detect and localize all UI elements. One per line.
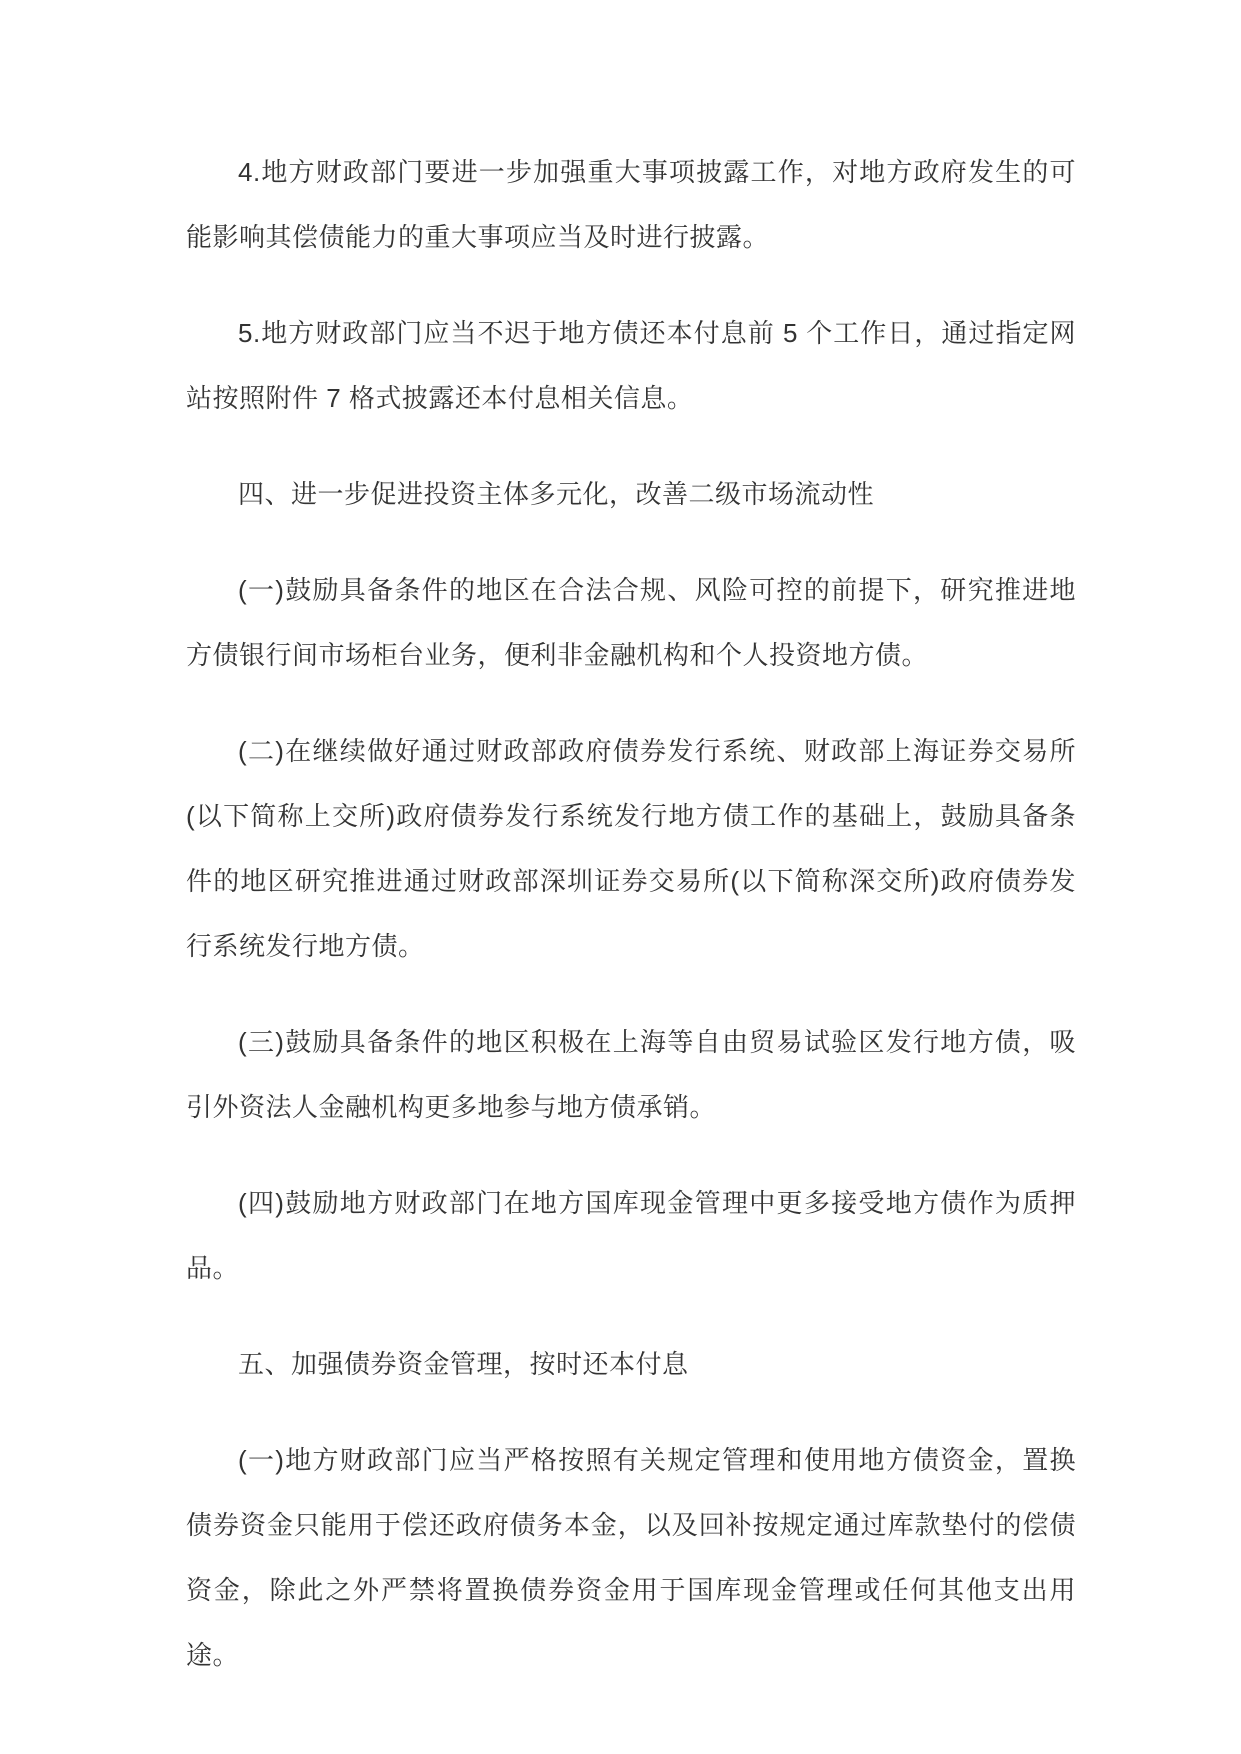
- paragraph-sub-3: (三)鼓励具备条件的地区积极在上海等自由贸易试验区发行地方债，吸引外资法人金融机…: [186, 1010, 1076, 1140]
- document-body: 4.地方财政部门要进一步加强重大事项披露工作，对地方政府发生的可能影响其偿债能力…: [186, 140, 1076, 1688]
- document-page: 4.地方财政部门要进一步加强重大事项披露工作，对地方政府发生的可能影响其偿债能力…: [0, 0, 1241, 1754]
- paragraph-sub-4: (四)鼓励地方财政部门在地方国库现金管理中更多接受地方债作为质押品。: [186, 1171, 1076, 1301]
- paragraph-sub-1: (一)鼓励具备条件的地区在合法合规、风险可控的前提下，研究推进地方债银行间市场柜…: [186, 558, 1076, 688]
- paragraph-sub-2: (二)在继续做好通过财政部政府债券发行系统、财政部上海证券交易所(以下简称上交所…: [186, 719, 1076, 979]
- paragraph-item-5: 5.地方财政部门应当不迟于地方债还本付息前 5 个工作日，通过指定网站按照附件 …: [186, 301, 1076, 431]
- paragraph-item-4: 4.地方财政部门要进一步加强重大事项披露工作，对地方政府发生的可能影响其偿债能力…: [186, 140, 1076, 270]
- section-heading-4: 四、进一步促进投资主体多元化，改善二级市场流动性: [186, 462, 1076, 527]
- section-heading-5: 五、加强债券资金管理，按时还本付息: [186, 1332, 1076, 1397]
- paragraph-sub-5-1: (一)地方财政部门应当严格按照有关规定管理和使用地方债资金，置换债券资金只能用于…: [186, 1428, 1076, 1688]
